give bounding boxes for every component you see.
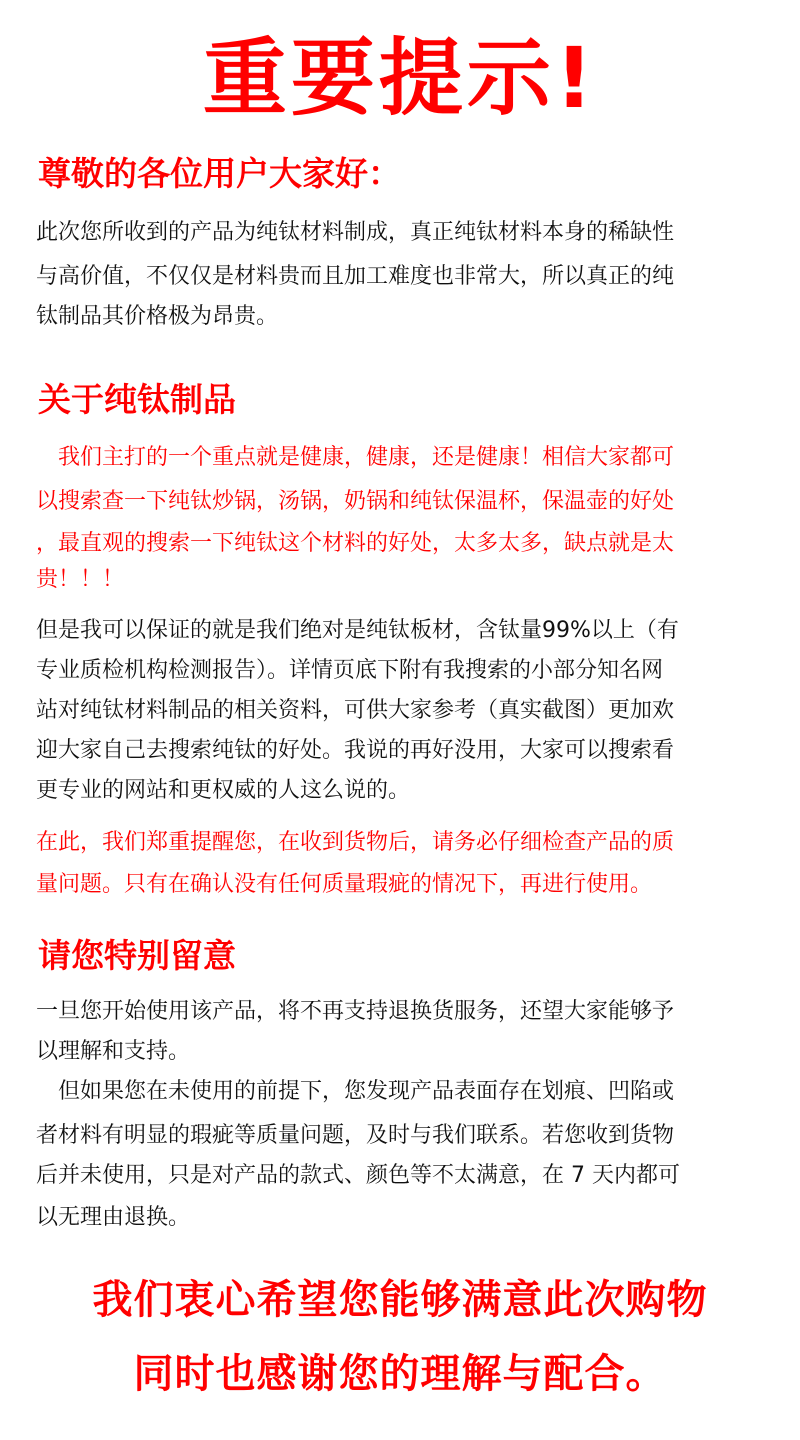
- closing-line: 我们衷心希望您能够满意此次购物: [0, 1272, 800, 1328]
- about-line: 专业质检机构检测报告）。详情页底下附有我搜索的小部分知名网: [36, 656, 663, 686]
- notice-line: 但如果您在未使用的前提下，您发现产品表面存在划痕、凹陷或: [36, 1077, 674, 1107]
- notice-line: 后并未使用，只是对产品的款式、颜色等不太满意，在 7 天内都可: [36, 1161, 680, 1191]
- notice-line: 者材料有明显的瑕疵等质量问题，及时与我们联系。若您收到货物: [36, 1121, 674, 1151]
- about-line: 更专业的网站和更权威的人这么说的。: [36, 776, 410, 806]
- notice-line: 以理解和支持。: [36, 1037, 190, 1067]
- notice-line: 以无理由退换。: [36, 1203, 190, 1233]
- closing-line: 同时也感谢您的理解与配合。: [0, 1346, 800, 1402]
- notice-heading: 请您特别留意: [38, 934, 236, 978]
- about-line: 但是我可以保证的就是我们绝对是纯钛板材，含钛量99%以上（有: [36, 616, 679, 646]
- about-line: 迎大家自己去搜索纯钛的好处。我说的再好没用，大家可以搜索看: [36, 736, 674, 766]
- about-highlight-line: ，最直观的搜索一下纯钛这个材料的好处，太多太多，缺点就是太: [36, 529, 674, 559]
- about-highlight-line: 我们主打的一个重点就是健康，健康，还是健康！相信大家都可: [36, 443, 674, 473]
- warning-line: 量问题。只有在确认没有任何质量瑕疵的情况下，再进行使用。: [36, 870, 652, 900]
- greeting-line: 钛制品其价格极为昂贵。: [36, 302, 278, 332]
- notice-line: 一旦您开始使用该产品，将不再支持退换货服务，还望大家能够予: [36, 997, 674, 1027]
- page-title: 重要提示!: [0, 28, 800, 128]
- about-highlight-line: 以搜索查一下纯钛炒锅，汤锅，奶锅和纯钛保温杯，保温壶的好处: [36, 487, 674, 517]
- about-line: 站对纯钛材料制品的相关资料，可供大家参考（真实截图）更加欢: [36, 696, 674, 726]
- about-heading: 关于纯钛制品: [38, 378, 236, 422]
- greeting-line: 此次您所收到的产品为纯钛材料制成，真正纯钛材料本身的稀缺性: [36, 218, 674, 248]
- greeting-heading: 尊敬的各位用户大家好：: [38, 152, 401, 196]
- about-highlight-line: 贵！！！: [36, 565, 124, 595]
- warning-line: 在此，我们郑重提醒您，在收到货物后，请务必仔细检查产品的质: [36, 828, 674, 858]
- greeting-line: 与高价值，不仅仅是材料贵而且加工难度也非常大，所以真正的纯: [36, 262, 674, 292]
